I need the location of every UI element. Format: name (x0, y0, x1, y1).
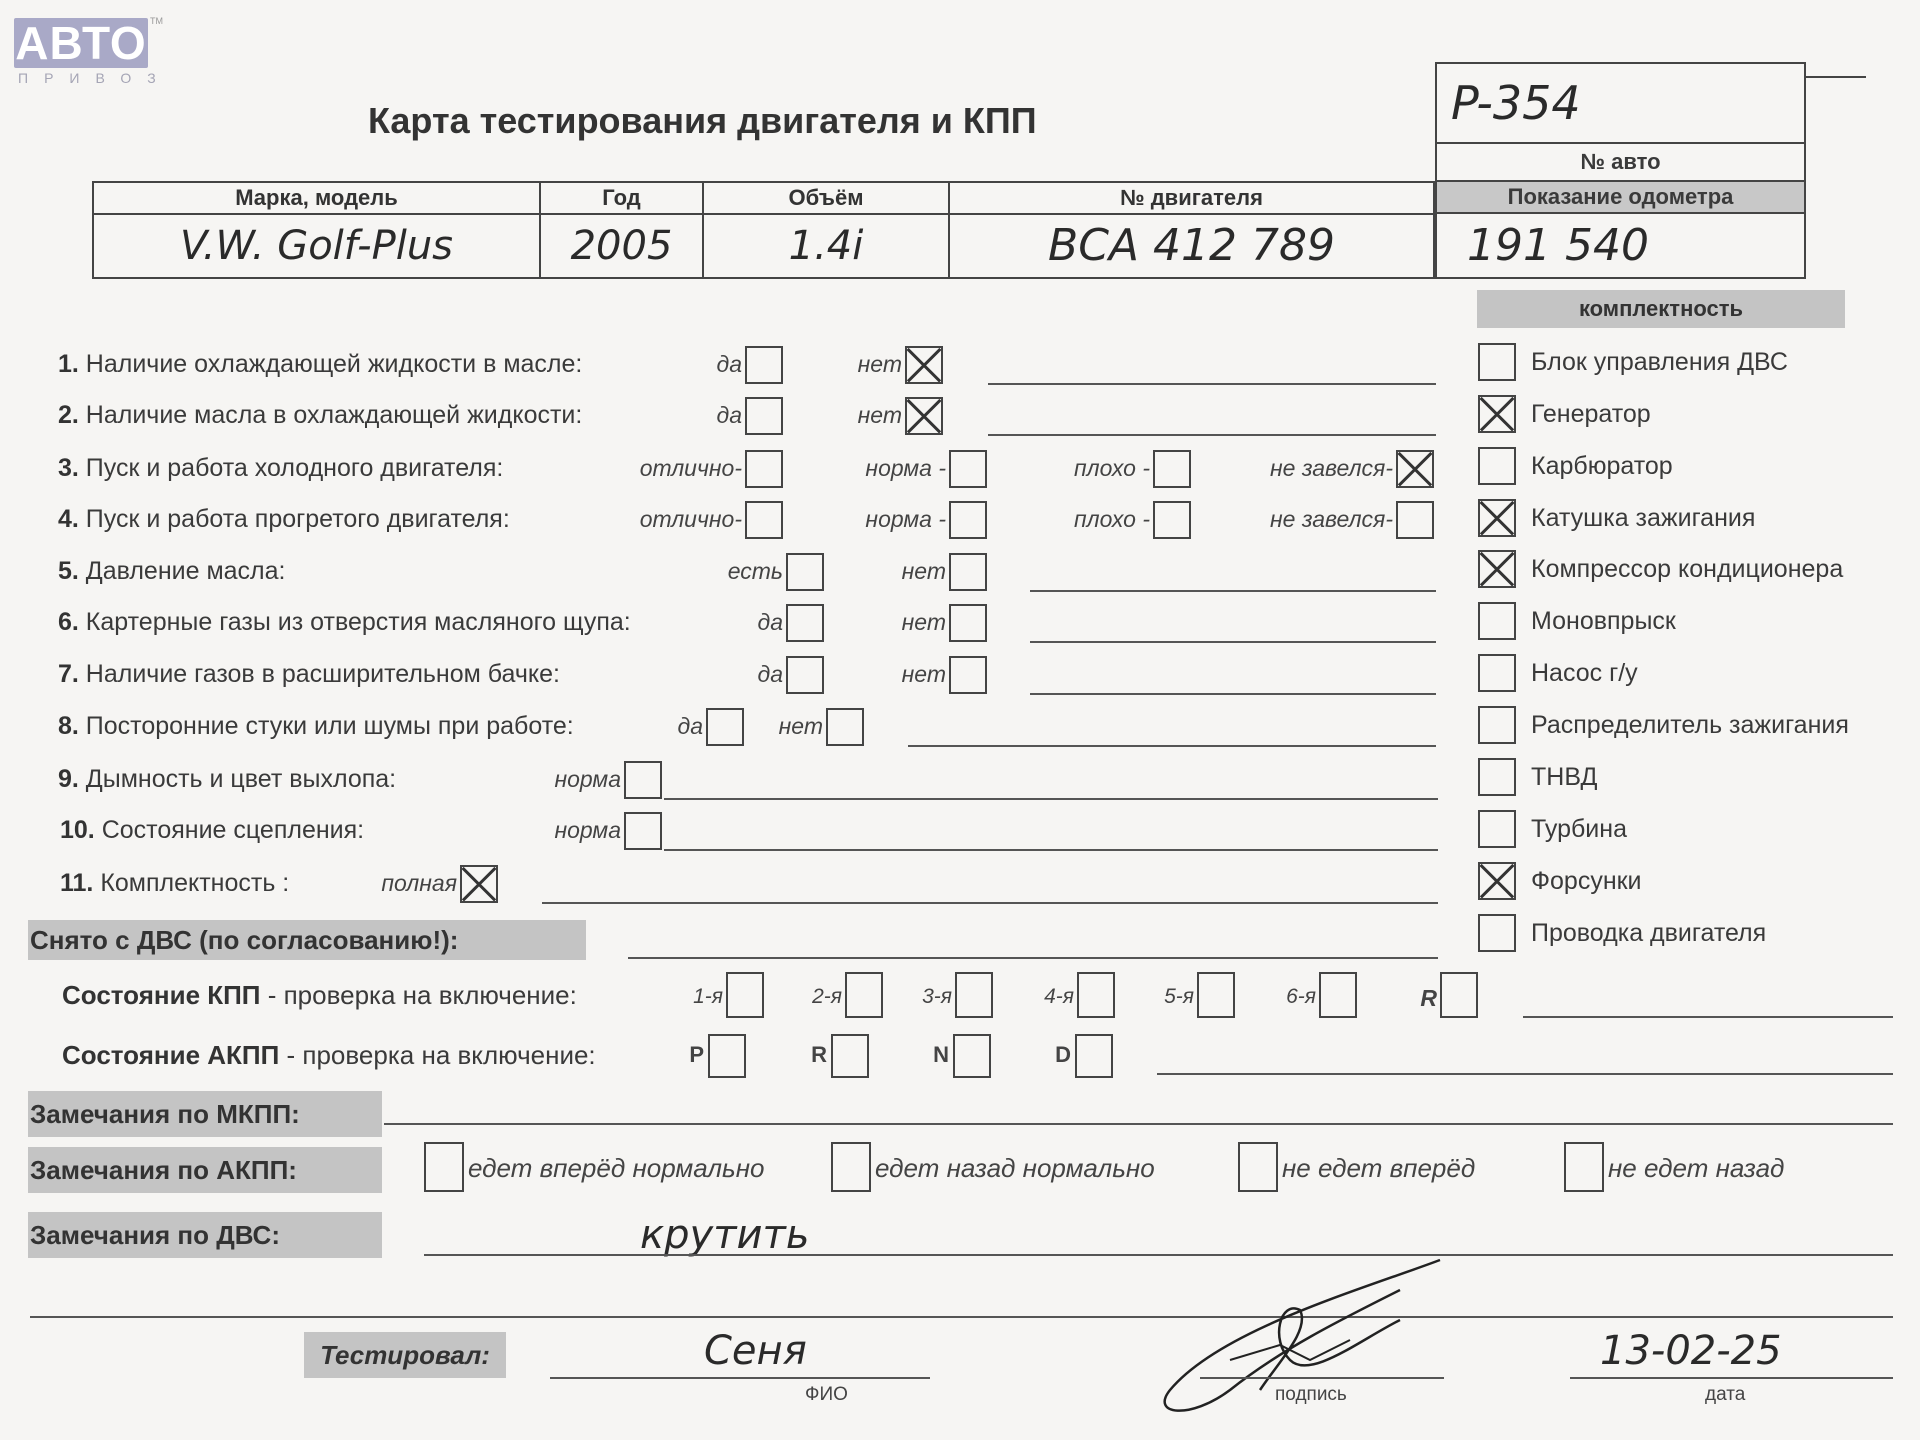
akpp-remark-label: едет вперёд нормально (468, 1153, 764, 1184)
completeness-item-label: Моновпрыск (1531, 607, 1676, 636)
check-row-label: 7. Наличие газов в расширительном бачке: (58, 660, 560, 689)
car-number-underline (1806, 76, 1866, 78)
completeness-item-label: Катушка зажигания (1531, 504, 1755, 533)
kpp-gear-checkbox[interactable] (955, 972, 993, 1018)
vehicle-info-table: Марка, модель V.W. Golf-Plus Год 2005 Об… (92, 181, 1435, 279)
check-option-label: да (677, 713, 703, 740)
date-field[interactable]: 13-02-25 (1600, 1328, 1782, 1374)
check-option-label: норма - (865, 455, 946, 482)
akpp-position-checkbox[interactable] (708, 1034, 746, 1078)
check-option-label: нет (779, 713, 823, 740)
completeness-item-label: Генератор (1531, 400, 1651, 429)
check-option-box[interactable] (826, 708, 864, 746)
akpp-position-checkbox[interactable] (1075, 1034, 1113, 1078)
check-option-label: нет (858, 402, 902, 429)
akpp-position-label: P (689, 1042, 704, 1068)
check-row-text: Наличие газов в расширительном бачке: (86, 660, 560, 688)
akpp-remark-checkbox[interactable] (831, 1142, 871, 1192)
check-option-label: норма - (865, 506, 946, 533)
kpp-gear-checkbox[interactable] (1077, 972, 1115, 1018)
check-option-label: отлично- (640, 455, 742, 482)
check-row-text: Состояние сцепления: (102, 816, 364, 844)
removed-label: Снято с ДВС (по согласованию!): (28, 920, 586, 960)
check-option-label: полная (381, 870, 457, 897)
check-option-box[interactable] (706, 708, 744, 746)
akpp-label-bold: Состояние АКПП (62, 1040, 279, 1070)
completeness-header: комплектность (1477, 290, 1845, 328)
check-row-number: 10. (60, 816, 102, 844)
check-option-label: не завелся- (1270, 455, 1393, 482)
kpp-gear-checkbox[interactable] (1440, 972, 1478, 1018)
akpp-position-label: R (811, 1042, 827, 1068)
check-row-number: 3. (58, 454, 86, 482)
check-option-label: плохо - (1074, 506, 1150, 533)
completeness-checkbox[interactable] (1478, 862, 1516, 900)
check-row-label: 10. Состояние сцепления: (60, 816, 364, 845)
kpp-gear-label: 3-я (922, 985, 952, 1009)
completeness-item-label: Блок управления ДВС (1531, 348, 1788, 377)
remarks-extra-line[interactable] (30, 1316, 1893, 1318)
check-option-box[interactable] (745, 450, 783, 488)
check-row-label: 4. Пуск и работа прогретого двигателя: (58, 505, 510, 534)
check-option-box[interactable] (1396, 501, 1434, 539)
column-engine-number: № двигателя BCA 412 789 (950, 183, 1433, 277)
check-row-notes-field[interactable] (988, 434, 1436, 436)
signature-underline[interactable] (1200, 1377, 1444, 1379)
check-row-notes-field[interactable] (664, 849, 1438, 851)
check-row-label: 11. Комплектность : (60, 869, 289, 898)
header-engine-number: № двигателя (950, 183, 1433, 213)
completeness-checkbox[interactable] (1478, 810, 1516, 848)
check-option-label: есть (728, 558, 783, 585)
completeness-checkbox[interactable] (1478, 550, 1516, 588)
car-number-field[interactable]: P-354 (1437, 64, 1804, 144)
column-volume: Объём 1.4i (704, 183, 950, 277)
completeness-item-label: Распределитель зажигания (1531, 711, 1849, 740)
kpp-gear-label: 2-я (812, 985, 842, 1009)
check-row-label: 5. Давление масла: (58, 557, 285, 586)
kpp-label: Состояние КПП - проверка на включение: (62, 980, 577, 1011)
completeness-checkbox[interactable] (1478, 602, 1516, 640)
kpp-gear-label: 4-я (1044, 985, 1074, 1009)
check-row-number: 1. (58, 350, 86, 378)
akpp-remark-checkbox[interactable] (1238, 1142, 1278, 1192)
akpp-notes-field[interactable] (1157, 1073, 1893, 1075)
tester-name-field[interactable]: Сеня (704, 1328, 807, 1374)
check-row-text: Комплектность : (100, 869, 289, 897)
check-option-label: плохо - (1074, 455, 1150, 482)
column-make-model: Марка, модель V.W. Golf-Plus (94, 183, 541, 277)
volume-field[interactable]: 1.4i (704, 215, 948, 277)
akpp-position-checkbox[interactable] (953, 1034, 991, 1078)
check-row-label: 1. Наличие охлаждающей жидкости в масле: (58, 350, 582, 379)
completeness-checkbox[interactable] (1478, 654, 1516, 692)
check-option-box[interactable] (949, 501, 987, 539)
akpp-remark-checkbox[interactable] (424, 1142, 464, 1192)
check-option-label: да (716, 351, 742, 378)
check-row-label: 6. Картерные газы из отверстия масляного… (58, 608, 631, 637)
check-option-box[interactable] (949, 553, 987, 591)
page-title: Карта тестирования двигателя и КПП (368, 100, 1037, 142)
logo-tagline: ПРИВОЗ (18, 70, 172, 86)
akpp-position-label: N (933, 1042, 949, 1068)
completeness-checkbox[interactable] (1478, 395, 1516, 433)
tester-name-caption: ФИО (805, 1384, 848, 1406)
kpp-gear-checkbox[interactable] (726, 972, 764, 1018)
tester-label: Тестировал: (304, 1332, 506, 1378)
completeness-item-label: Турбина (1531, 815, 1627, 844)
completeness-checkbox[interactable] (1478, 706, 1516, 744)
check-option-box[interactable] (949, 604, 987, 642)
check-row-number: 2. (58, 401, 86, 429)
header-volume: Объём (704, 183, 948, 213)
check-option-box[interactable] (745, 346, 783, 384)
akpp-position-checkbox[interactable] (831, 1034, 869, 1078)
check-option-box[interactable] (745, 501, 783, 539)
check-option-box[interactable] (624, 761, 662, 799)
completeness-checkbox[interactable] (1478, 343, 1516, 381)
check-option-box[interactable] (460, 865, 498, 903)
check-option-label: нет (902, 661, 946, 688)
completeness-item-label: Форсунки (1531, 867, 1642, 896)
akpp-label-rest: - проверка на включение: (279, 1040, 595, 1070)
check-option-box[interactable] (1396, 450, 1434, 488)
odometer-field[interactable]: 191 540 (1437, 214, 1804, 277)
check-row-label: 8. Посторонние стуки или шумы при работе… (58, 712, 574, 741)
check-row-text: Пуск и работа прогретого двигателя: (86, 505, 510, 533)
check-option-label: да (757, 609, 783, 636)
check-row-notes-field[interactable] (1030, 641, 1436, 643)
kpp-gear-checkbox[interactable] (1319, 972, 1357, 1018)
date-caption: дата (1705, 1384, 1745, 1406)
check-row-text: Посторонние стуки или шумы при работе: (86, 712, 574, 740)
check-row-text: Наличие масла в охлаждающей жидкости: (86, 401, 583, 429)
check-row-label: 3. Пуск и работа холодного двигателя: (58, 454, 503, 483)
year-field[interactable]: 2005 (541, 215, 702, 277)
akpp-remark-checkbox[interactable] (1564, 1142, 1604, 1192)
check-row-number: 6. (58, 608, 86, 636)
odometer-label: Показание одометра (1437, 182, 1804, 214)
check-option-box[interactable] (786, 553, 824, 591)
kpp-gear-checkbox[interactable] (845, 972, 883, 1018)
check-row-text: Картерные газы из отверстия масляного щу… (86, 608, 631, 636)
check-row-label: 9. Дымность и цвет выхлопа: (58, 765, 396, 794)
check-row-notes-field[interactable] (1030, 590, 1436, 592)
car-number-label: № авто (1437, 144, 1804, 182)
akpp-position-label: D (1055, 1042, 1071, 1068)
column-year: Год 2005 (541, 183, 704, 277)
completeness-checkbox[interactable] (1478, 499, 1516, 537)
akpp-label: Состояние АКПП - проверка на включение: (62, 1040, 596, 1071)
check-row-number: 8. (58, 712, 86, 740)
check-option-label: да (757, 661, 783, 688)
check-row-number: 9. (58, 765, 86, 793)
check-option-box[interactable] (786, 604, 824, 642)
akpp-remark-label: не едет вперёд (1282, 1153, 1475, 1184)
check-option-box[interactable] (905, 346, 943, 384)
check-row-text: Дымность и цвет выхлопа: (86, 765, 396, 793)
akpp-remark-label: едет назад нормально (875, 1153, 1155, 1184)
signature-caption: подпись (1275, 1384, 1347, 1406)
date-underline (1570, 1377, 1893, 1379)
engine-number-field[interactable]: BCA 412 789 (950, 215, 1433, 277)
make-model-field[interactable]: V.W. Golf-Plus (94, 215, 539, 277)
check-option-label: норма (554, 817, 621, 844)
check-option-label: отлично- (640, 506, 742, 533)
completeness-item-label: Карбюратор (1531, 452, 1673, 481)
check-row-notes-field[interactable] (988, 383, 1436, 385)
check-option-label: не завелся- (1270, 506, 1393, 533)
mkpp-remarks-label: Замечания по МКПП: (28, 1091, 382, 1137)
check-row-number: 7. (58, 660, 86, 688)
kpp-gear-label: 6-я (1286, 985, 1316, 1009)
kpp-gear-checkbox[interactable] (1197, 972, 1235, 1018)
check-option-box[interactable] (745, 397, 783, 435)
check-row-number: 11. (60, 869, 100, 897)
akpp-remark-label: не едет назад (1608, 1153, 1784, 1184)
check-option-box[interactable] (1153, 501, 1191, 539)
tester-name-underline (550, 1377, 930, 1379)
completeness-item-label: ТНВД (1531, 763, 1597, 792)
check-row-label: 2. Наличие масла в охлаждающей жидкости: (58, 401, 582, 430)
check-row-notes-field[interactable] (542, 902, 1438, 904)
check-option-label: нет (902, 609, 946, 636)
kpp-gear-label: R (1420, 985, 1437, 1012)
completeness-item-label: Компрессор кондиционера (1531, 555, 1843, 584)
kpp-label-rest: - проверка на включение: (261, 980, 577, 1010)
check-row-text: Давление масла: (86, 557, 286, 585)
kpp-gear-label: 1-я (693, 985, 723, 1009)
kpp-gear-label: 5-я (1164, 985, 1194, 1009)
kpp-label-bold: Состояние КПП (62, 980, 261, 1010)
akpp-remarks-label: Замечания по АКПП: (28, 1147, 382, 1193)
logo: АВТО (14, 18, 148, 68)
completeness-checkbox[interactable] (1478, 758, 1516, 796)
completeness-checkbox[interactable] (1478, 447, 1516, 485)
check-row-notes-field[interactable] (1030, 693, 1436, 695)
logo-trademark: TM (150, 16, 163, 26)
check-option-box[interactable] (786, 656, 824, 694)
check-option-label: нет (902, 558, 946, 585)
header-make-model: Марка, модель (94, 183, 539, 213)
check-option-label: нет (858, 351, 902, 378)
check-row-notes-field[interactable] (664, 798, 1438, 800)
check-option-label: да (716, 402, 742, 429)
check-row-text: Пуск и работа холодного двигателя: (86, 454, 504, 482)
check-option-box[interactable] (905, 397, 943, 435)
check-option-label: норма (554, 766, 621, 793)
engine-remarks-label: Замечания по ДВС: (28, 1212, 382, 1258)
car-number-odometer-box: P-354 № авто Показание одометра 191 540 (1435, 62, 1806, 279)
check-option-box[interactable] (949, 450, 987, 488)
header-year: Год (541, 183, 702, 213)
check-row-text: Наличие охлаждающей жидкости в масле: (86, 350, 583, 378)
kpp-notes-field[interactable] (1523, 1016, 1893, 1018)
removed-field[interactable] (628, 957, 1438, 959)
check-row-number: 4. (58, 505, 86, 533)
check-option-box[interactable] (949, 656, 987, 694)
check-row-notes-field[interactable] (908, 745, 1436, 747)
engine-remarks-field[interactable]: крутить (640, 1212, 809, 1258)
completeness-item-label: Проводка двигателя (1531, 919, 1766, 948)
completeness-item-label: Насос г/у (1531, 659, 1638, 688)
completeness-checkbox[interactable] (1478, 914, 1516, 952)
check-row-number: 5. (58, 557, 86, 585)
check-option-box[interactable] (624, 812, 662, 850)
mkpp-remarks-field[interactable] (384, 1123, 1893, 1125)
check-option-box[interactable] (1153, 450, 1191, 488)
